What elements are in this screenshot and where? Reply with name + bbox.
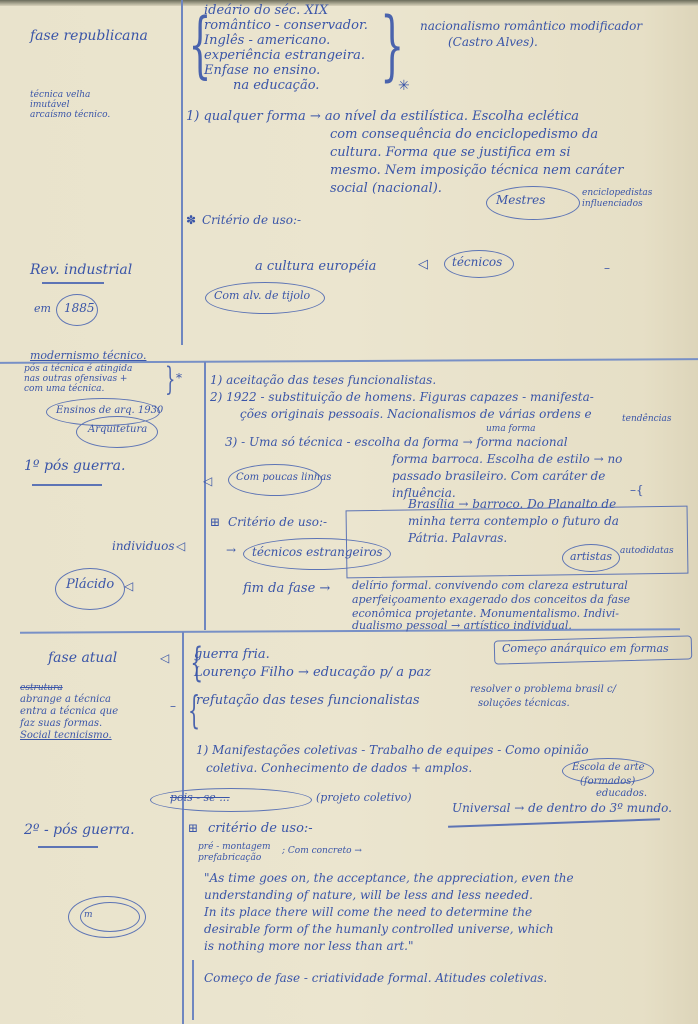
section-divider-2 xyxy=(20,628,680,633)
point-text: cultura. Forma que se justifica em si xyxy=(330,146,571,161)
point-text: 3) - Uma só técnica - escolha da forma →… xyxy=(225,436,568,450)
circled-arquitetura: Arquitetura xyxy=(88,424,147,436)
criteria-line: a cultura européia xyxy=(255,260,376,275)
braced-result: nacionalismo romântico modificador xyxy=(420,20,642,34)
circled-name: Plácido xyxy=(66,578,114,593)
circled-construction: Com alv. de tijolo xyxy=(214,290,310,303)
asterisk-icon: ✳ xyxy=(398,78,410,94)
end-text: aperfeiçoamento exagerado dos conceitos … xyxy=(352,594,630,607)
quote-line: desirable form of the humanly controlled… xyxy=(204,923,554,937)
margin-underlined: Social tecnicismo. xyxy=(20,730,112,742)
criteria-sub: prefabricação xyxy=(198,853,261,863)
closing-line: Começo de fase - criatividade formal. At… xyxy=(204,972,547,986)
margin-note: nas outras ofensivas + xyxy=(24,374,127,384)
point-text: forma barroca. Escolha de estilo → no xyxy=(392,453,622,467)
criteria-label: Critério de uso:- xyxy=(202,214,301,228)
point-text: social (nacional). xyxy=(330,182,442,197)
quote-line: "As time goes on, the acceptance, the ap… xyxy=(204,872,574,886)
braced-item: guerra fria. xyxy=(194,648,270,663)
criteria-label: critério de uso:- xyxy=(208,822,313,837)
flower-bullet-icon: ✽ xyxy=(186,214,196,228)
margin-note: abrange a técnica xyxy=(20,694,111,706)
right-brace: } xyxy=(165,360,175,398)
box-bullet-icon: ⊞ xyxy=(210,516,220,530)
arrow-left-icon: ◁ xyxy=(418,258,428,273)
point-aside: (formados) xyxy=(580,776,635,788)
circled-mark: m xyxy=(84,910,93,920)
margin-note: com uma técnica. xyxy=(24,384,104,394)
point-text: tendências xyxy=(622,414,672,424)
point-3-text: 3) - Uma só técnica - escolha da forma →… xyxy=(225,435,568,449)
box-bullet-icon: ⊞ xyxy=(188,822,198,836)
underline xyxy=(32,484,102,486)
end-text: delírio formal. convivendo com clareza e… xyxy=(352,580,628,593)
dash-mark: – xyxy=(604,262,610,276)
point-text: 1) qualquer forma → ao nível da estilíst… xyxy=(186,110,579,125)
arrow-right-icon: → xyxy=(226,544,236,558)
arrow-left-icon: ◁ xyxy=(160,652,169,666)
section-label-fase-atual: fase atual xyxy=(48,650,117,666)
collective-project: (projeto coletivo) xyxy=(316,792,412,805)
star-mark: * xyxy=(176,372,182,386)
refutation-aside: resolver o problema brasil c/ xyxy=(470,684,616,696)
point-text: coletiva. Conhecimento de dados + amplos… xyxy=(206,762,472,776)
circled-ensinos: Ensinos de arq. 1930 xyxy=(56,405,163,417)
boxed-quote-line: Brasília → barroco. Do Planalto de xyxy=(408,498,616,512)
point-text: 2) 1922 - substituição de homens. Figura… xyxy=(210,391,594,405)
circled-tecnicos: técnicos xyxy=(452,256,502,270)
point-text: com consequência do enciclopedismo da xyxy=(330,128,598,143)
point-text: 1) aceitação das teses funcionalistas. xyxy=(210,374,436,388)
underline xyxy=(42,282,104,284)
quote-line: understanding of nature, will be less an… xyxy=(204,889,533,903)
criteria-label: Critério de uso:- xyxy=(228,516,327,530)
margin-title: modernismo técnico. xyxy=(30,350,146,363)
arrow-left-icon: ◁ xyxy=(203,475,212,489)
margin-note: arcaísmo técnico. xyxy=(30,110,110,120)
point-text: 1) Manifestações coletivas - Trabalho de… xyxy=(196,744,589,758)
column-divider-1 xyxy=(181,0,183,345)
end-text: dualismo pessoal → artístico individual. xyxy=(352,620,572,633)
margin-note: entra a técnica que xyxy=(20,706,118,718)
braced-item: na educação. xyxy=(233,79,319,94)
margin-bar xyxy=(192,960,194,1020)
refutation: refutação das teses funcionalistas xyxy=(196,694,420,709)
side-label-rev-industrial: Rev. industrial xyxy=(30,262,132,278)
boxed-quote-line: minha terra contemplo o futuro da xyxy=(408,515,619,529)
quote-line: is nothing more nor less than art." xyxy=(204,940,414,954)
point-aside: educados. xyxy=(596,788,647,800)
right-brace: } xyxy=(380,0,404,89)
individual-label: individuos xyxy=(112,540,175,554)
boxed-note-text: Começo anárquico em formas xyxy=(502,643,669,656)
struck-word: estrutura xyxy=(20,683,63,693)
universal-note: Universal → de dentro do 3º mundo. xyxy=(452,802,672,816)
page-top-edge xyxy=(0,0,698,6)
braced-item: Enfase no ensino. xyxy=(204,64,320,79)
margin-note: técnica velha xyxy=(30,90,90,100)
margin-note: faz suas formas. xyxy=(20,718,102,730)
underline xyxy=(448,818,660,827)
braced-item: experiência estrangeira. xyxy=(204,49,365,64)
point-text: passado brasileiro. Com caráter de xyxy=(392,470,605,484)
circled-note: Mestres xyxy=(496,194,545,208)
point-text: ções originais pessoais. Nacionalismos d… xyxy=(240,408,592,422)
circled-lines: Com poucas linhas xyxy=(236,472,331,484)
underline xyxy=(38,846,98,848)
criteria-sub-right: ; Com concreto → xyxy=(282,846,362,856)
braced-result: (Castro Alves). xyxy=(448,36,538,50)
criteria-sub: pré - montagem xyxy=(198,842,271,852)
refutation-aside: soluções técnicas. xyxy=(478,698,570,710)
arrow-left-icon: ◁ xyxy=(176,540,185,554)
margin-note: pós a técnica é atingida xyxy=(24,364,132,374)
section-label-2-pos-guerra: 2º - pós guerra. xyxy=(24,822,135,838)
side-year: 1885 xyxy=(64,302,95,316)
column-divider-2 xyxy=(204,362,206,630)
column-divider-3 xyxy=(182,632,184,1024)
quote-line: In its place there will come the need to… xyxy=(204,906,532,920)
arrow-left-icon: ◁ xyxy=(124,580,133,594)
margin-note: imutável xyxy=(30,100,69,110)
year-prefix: em xyxy=(34,303,51,316)
boxed-quote-line: Pátria. Palavras. xyxy=(408,532,507,546)
end-label: fim da fase → xyxy=(243,582,330,597)
circled-struck: pois - se ... xyxy=(170,792,230,805)
side-note: enciclopedistas xyxy=(582,188,652,198)
braced-item: ideário do séc. XIX xyxy=(204,4,328,19)
point-aside: Escola de arte xyxy=(572,762,645,774)
dash-mark: – xyxy=(170,700,176,714)
section-label-1-pos-guerra: 1º pós guerra. xyxy=(24,458,125,474)
side-note: autodidatas xyxy=(620,546,674,556)
circled-foreign: técnicos estrangeiros xyxy=(252,546,383,560)
side-note: influenciados xyxy=(582,199,643,209)
braced-item: Lourenço Filho → educação p/ a paz xyxy=(194,666,431,681)
braced-item: romântico - conservador. xyxy=(204,19,368,34)
section-label-fase-republicana: fase republicana xyxy=(30,28,148,44)
braced-item: Inglês - americano. xyxy=(204,34,330,49)
insert-above: uma forma xyxy=(486,424,536,434)
dash-mark: –{ xyxy=(630,484,644,498)
notebook-page: fase republicana { ideário do séc. XIX r… xyxy=(0,0,698,1024)
point-text: mesmo. Nem imposição técnica nem caráter xyxy=(330,164,623,179)
circled-artists: artistas xyxy=(570,551,612,564)
